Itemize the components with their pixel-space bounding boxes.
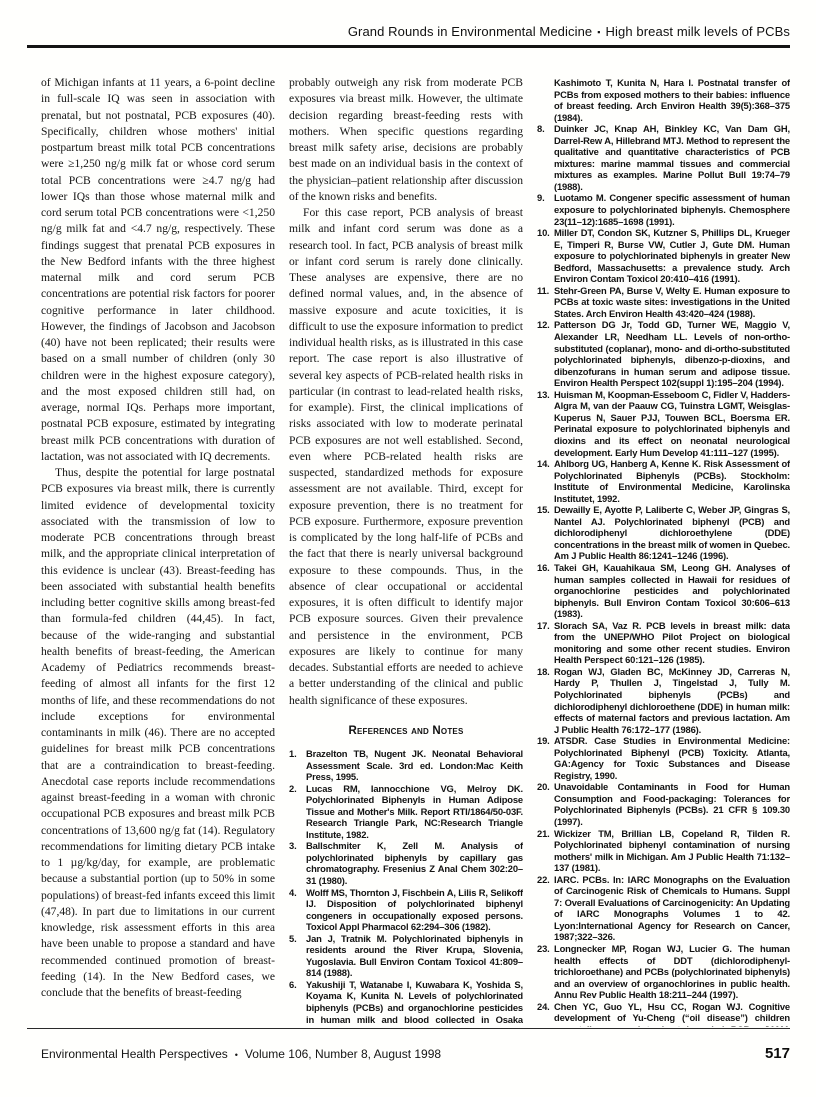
reference-number: 23. [537,943,554,1001]
square-bullet-icon: ▪ [592,27,605,37]
reference-item: 2.Lucas RM, Iannocchione VG, Melroy DK. … [289,783,523,841]
reference-number: 20. [537,781,554,827]
reference-text: Dewailly E, Ayotte P, Laliberte C, Weber… [554,504,790,562]
reference-item: 18.Rogan WJ, Gladen BC, McKinney JD, Car… [537,666,790,735]
reference-text: Yakushiji T, Watanabe I, Kuwabara K, Yos… [306,979,523,1027]
reference-number: 13. [537,389,554,458]
reference-text: Stehr-Green PA, Burse V, Welty E. Human … [554,285,790,320]
reference-number: 6. [289,979,306,1027]
footer-issue: Volume 106, Number 8, August 1998 [245,1047,441,1061]
running-head-section: Grand Rounds in Environmental Medicine [348,24,592,39]
reference-number [537,77,554,123]
reference-text: Longnecker MP, Rogan WJ, Lucier G. The h… [554,943,790,1001]
reference-number: 4. [289,887,306,933]
reference-text: Chen YC, Guo YL, Hsu CC, Rogan WJ. Cogni… [554,1001,790,1027]
reference-item: 16.Takei GH, Kauahikaua SM, Leong GH. An… [537,562,790,620]
reference-item: 1.Brazelton TB, Nugent JK. Neonatal Beha… [289,748,523,783]
reference-number: 2. [289,783,306,841]
running-head-article: High breast milk levels of PCBs [606,24,790,39]
reference-text: Takei GH, Kauahikaua SM, Leong GH. Analy… [554,562,790,620]
reference-text: ATSDR. Case Studies in Environmental Med… [554,735,790,781]
references-heading: References and Notes [289,723,523,739]
reference-number: 10. [537,227,554,285]
reference-number: 18. [537,666,554,735]
page-number: 517 [765,1045,790,1062]
reference-item-continuation: Kashimoto T, Kunita N, Hara I. Postnatal… [537,77,790,123]
reference-item: 19.ATSDR. Case Studies in Environmental … [537,735,790,781]
reference-number: 15. [537,504,554,562]
reference-text: IARC. PCBs. In: IARC Monographs on the E… [554,874,790,943]
paragraph: Thus, despite the potential for large po… [41,465,275,1001]
text-columns: of Michigan infants at 11 years, a 6-poi… [41,75,790,1027]
footer: Environmental Health Perspectives • Volu… [41,1045,790,1062]
reference-item: 12.Patterson DG Jr, Todd GD, Turner WE, … [537,319,790,388]
dot-bullet-icon: • [228,1050,245,1060]
reference-number: 19. [537,735,554,781]
reference-text: Unavoidable Contaminants in Food for Hum… [554,781,790,827]
reference-number: 11. [537,285,554,320]
reference-item: 13.Huisman M, Koopman-Esseboom C, Fidler… [537,389,790,458]
reference-number: 14. [537,458,554,504]
reference-number: 12. [537,319,554,388]
reference-text: Brazelton TB, Nugent JK. Neonatal Behavi… [306,748,523,783]
reference-text: Jan J, Tratnik M. Polychlorinated biphen… [306,933,523,979]
paragraph: For this case report, PCB analysis of br… [289,205,523,709]
reference-item: 11.Stehr-Green PA, Burse V, Welty E. Hum… [537,285,790,320]
reference-text: Ballschmiter K, Zell M. Analysis of poly… [306,840,523,886]
footer-rule [27,1028,790,1029]
reference-item: 5.Jan J, Tratnik M. Polychlorinated biph… [289,933,523,979]
reference-text: Wolff MS, Thornton J, Fischbein A, Lilis… [306,887,523,933]
reference-item: 4.Wolff MS, Thornton J, Fischbein A, Lil… [289,887,523,933]
reference-text: Kashimoto T, Kunita N, Hara I. Postnatal… [554,77,790,123]
header-rule [27,45,790,48]
reference-number: 3. [289,840,306,886]
reference-text: Patterson DG Jr, Todd GD, Turner WE, Mag… [554,319,790,388]
reference-text: Ahlborg UG, Hanberg A, Kenne K. Risk Ass… [554,458,790,504]
reference-number: 22. [537,874,554,943]
reference-number: 16. [537,562,554,620]
reference-item: 22.IARC. PCBs. In: IARC Monographs on th… [537,874,790,943]
reference-text: Rogan WJ, Gladen BC, McKinney JD, Carrer… [554,666,790,735]
reference-number: 1. [289,748,306,783]
reference-item: 8.Duinker JC, Knap AH, Binkley KC, Van D… [537,123,790,192]
reference-item: 15.Dewailly E, Ayotte P, Laliberte C, We… [537,504,790,562]
reference-text: Luotamo M. Congener specific assessment … [554,192,790,227]
reference-item: 21.Wickizer TM, Brillian LB, Copeland R,… [537,828,790,874]
reference-item: 6.Yakushiji T, Watanabe I, Kuwabara K, Y… [289,979,523,1027]
reference-text: Duinker JC, Knap AH, Binkley KC, Van Dam… [554,123,790,192]
reference-text: Miller DT, Condon SK, Kutzner S, Phillip… [554,227,790,285]
reference-item: 3.Ballschmiter K, Zell M. Analysis of po… [289,840,523,886]
reference-text: Huisman M, Koopman-Esseboom C, Fidler V,… [554,389,790,458]
reference-text: Wickizer TM, Brillian LB, Copeland R, Ti… [554,828,790,874]
journal-page: Grand Rounds in Environmental Medicine▪H… [0,0,816,1097]
reference-number: 5. [289,933,306,979]
column-middle: probably outweigh any risk from moderate… [289,75,523,1027]
paragraph: of Michigan infants at 11 years, a 6-poi… [41,75,275,465]
reference-item: 14.Ahlborg UG, Hanberg A, Kenne K. Risk … [537,458,790,504]
running-head: Grand Rounds in Environmental Medicine▪H… [348,24,790,39]
reference-number: 9. [537,192,554,227]
reference-number: 17. [537,620,554,666]
column-right: Kashimoto T, Kunita N, Hara I. Postnatal… [537,75,790,1027]
reference-item: 17.Slorach SA, Vaz R. PCB levels in brea… [537,620,790,666]
paragraph: probably outweigh any risk from moderate… [289,75,523,205]
column-left: of Michigan infants at 11 years, a 6-poi… [41,75,275,1027]
reference-text: Slorach SA, Vaz R. PCB levels in breast … [554,620,790,666]
reference-number: 24. [537,1001,554,1027]
reference-item: 23.Longnecker MP, Rogan WJ, Lucier G. Th… [537,943,790,1001]
reference-number: 21. [537,828,554,874]
reference-item: 24.Chen YC, Guo YL, Hsu CC, Rogan WJ. Co… [537,1001,790,1027]
reference-list-left: 1.Brazelton TB, Nugent JK. Neonatal Beha… [289,748,523,1027]
reference-item: 9.Luotamo M. Congener specific assessmen… [537,192,790,227]
reference-item: 10.Miller DT, Condon SK, Kutzner S, Phil… [537,227,790,285]
reference-text: Lucas RM, Iannocchione VG, Melroy DK. Po… [306,783,523,841]
footer-journal: Environmental Health Perspectives [41,1047,228,1061]
reference-number: 8. [537,123,554,192]
reference-item: 20.Unavoidable Contaminants in Food for … [537,781,790,827]
reference-list-right: Kashimoto T, Kunita N, Hara I. Postnatal… [537,77,790,1027]
